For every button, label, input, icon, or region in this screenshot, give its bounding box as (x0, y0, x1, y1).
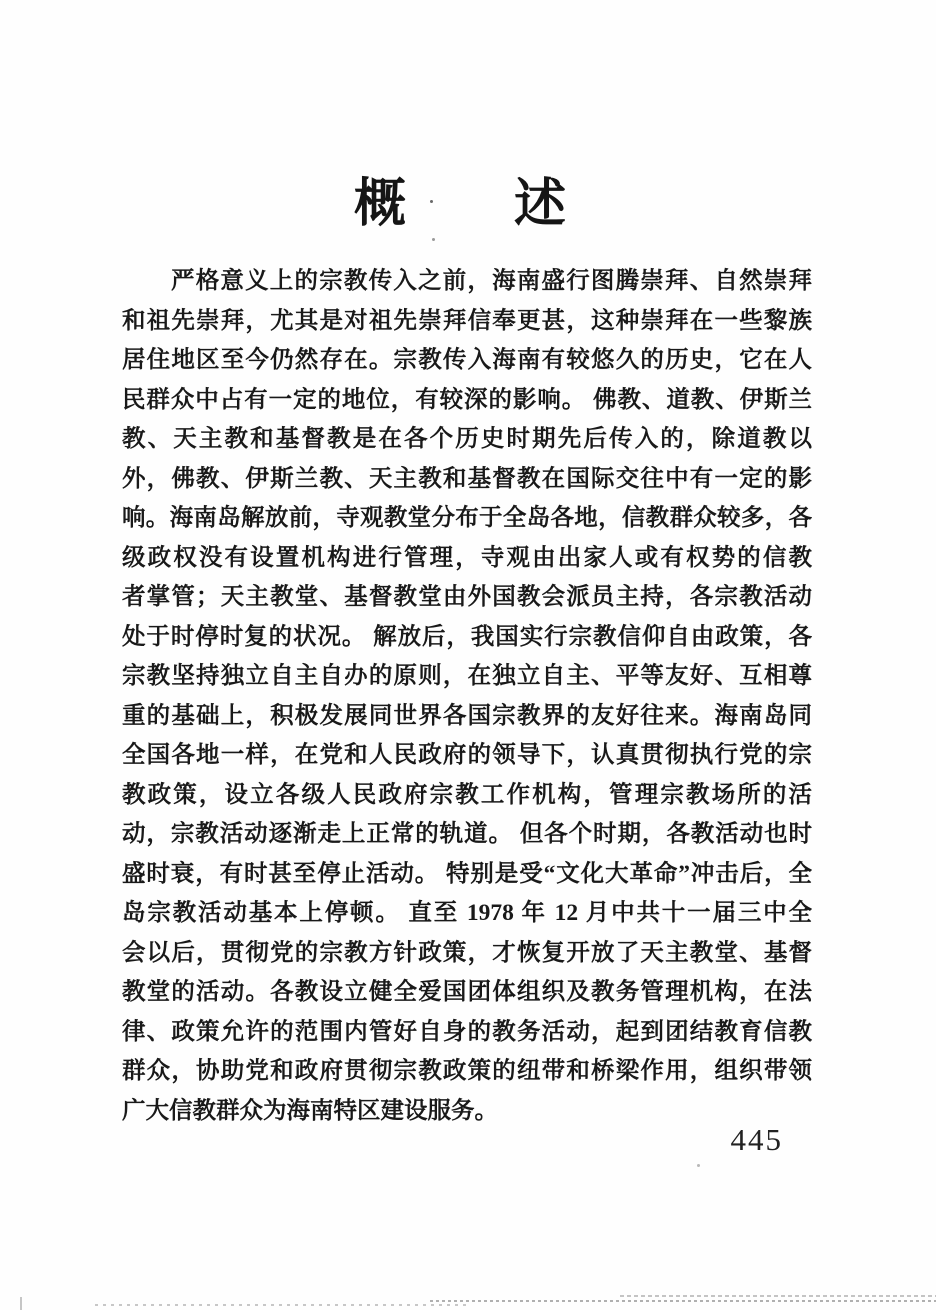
text-line: 重的基础上，积极发展同世界各国宗教界的友好往来。海南岛同 (122, 697, 812, 737)
page-title: 概 述 (0, 176, 920, 232)
text-line: 教堂的活动。各教设立健全爱国团体组织及教务管理机构，在法 (122, 973, 812, 1013)
text-line: 律、政策允许的范围内管好自身的教务活动，起到团结教育信教 (122, 1013, 812, 1053)
text-line: 教政策，设立各级人民政府宗教工作机构，管理宗教场所的活 (122, 776, 812, 816)
text-line: 全国各地一样，在党和人民政府的领导下，认真贯彻执行党的宗 (122, 736, 812, 776)
title-char-first: 概 (354, 176, 406, 232)
text-line: 盛时衰，有时甚至停止活动。 特别是受“文化大革命”冲击后，全 (122, 855, 812, 895)
body-paragraph: 严格意义上的宗教传入之前，海南盛行图腾崇拜、自然崇拜和祖先崇拜，尤其是对祖先崇拜… (122, 262, 812, 1131)
text-line: 教、天主教和基督教是在各个历史时期先后传入的，除道教以 (122, 420, 812, 460)
text-line: 级政权没有设置机构进行管理，寺观由出家人或有权势的信教 (122, 539, 812, 579)
text-line: 宗教坚持独立自主自办的原则，在独立自主、平等友好、互相尊 (122, 657, 812, 697)
text-line: 民群众中占有一定的地位，有较深的影响。 佛教、道教、伊斯兰 (122, 381, 812, 421)
text-line: 岛宗教活动基本上停顿。 直至 1978 年 12 月中共十一届三中全 (122, 894, 812, 934)
text-line: 会以后，贯彻党的宗教方针政策，才恢复开放了天主教堂、基督 (122, 934, 812, 974)
scan-artifact-speck (697, 1164, 700, 1167)
text-line: 处于时停时复的状况。 解放后，我国实行宗教信仰自由政策，各 (122, 618, 812, 658)
title-char-second: 述 (514, 176, 566, 232)
text-line: 响。海南岛解放前，寺观教堂分布于全岛各地，信教群众较多，各 (122, 499, 812, 539)
text-line: 者掌管；天主教堂、基督教堂由外国教会派员主持，各宗教活动 (122, 578, 812, 618)
text-line: 居住地区至今仍然存在。宗教传入海南有较悠久的历史，它在人 (122, 341, 812, 381)
text-line: 外，佛教、伊斯兰教、天主教和基督教在国际交往中有一定的影 (122, 460, 812, 500)
scan-artifact-speck (432, 238, 435, 241)
book-page: 概 述 严格意义上的宗教传入之前，海南盛行图腾崇拜、自然崇拜和祖先崇拜，尤其是对… (0, 0, 936, 1310)
scan-artifact-dotted-line (95, 1304, 470, 1306)
scan-artifact-dotted-line (430, 1300, 936, 1302)
page-number: 445 (122, 1122, 783, 1158)
text-line: 和祖先崇拜，尤其是对祖先崇拜信奉更甚，这种崇拜在一些黎族 (122, 302, 812, 342)
text-line: 群众，协助党和政府贯彻宗教政策的纽带和桥梁作用，组织带领 (122, 1052, 812, 1092)
text-line: 动，宗教活动逐渐走上正常的轨道。 但各个时期，各教活动也时 (122, 815, 812, 855)
scan-artifact-edge-mark (20, 1297, 22, 1310)
scan-artifact-dotted-line (620, 1295, 936, 1297)
text-line: 严格意义上的宗教传入之前，海南盛行图腾崇拜、自然崇拜 (122, 262, 812, 302)
